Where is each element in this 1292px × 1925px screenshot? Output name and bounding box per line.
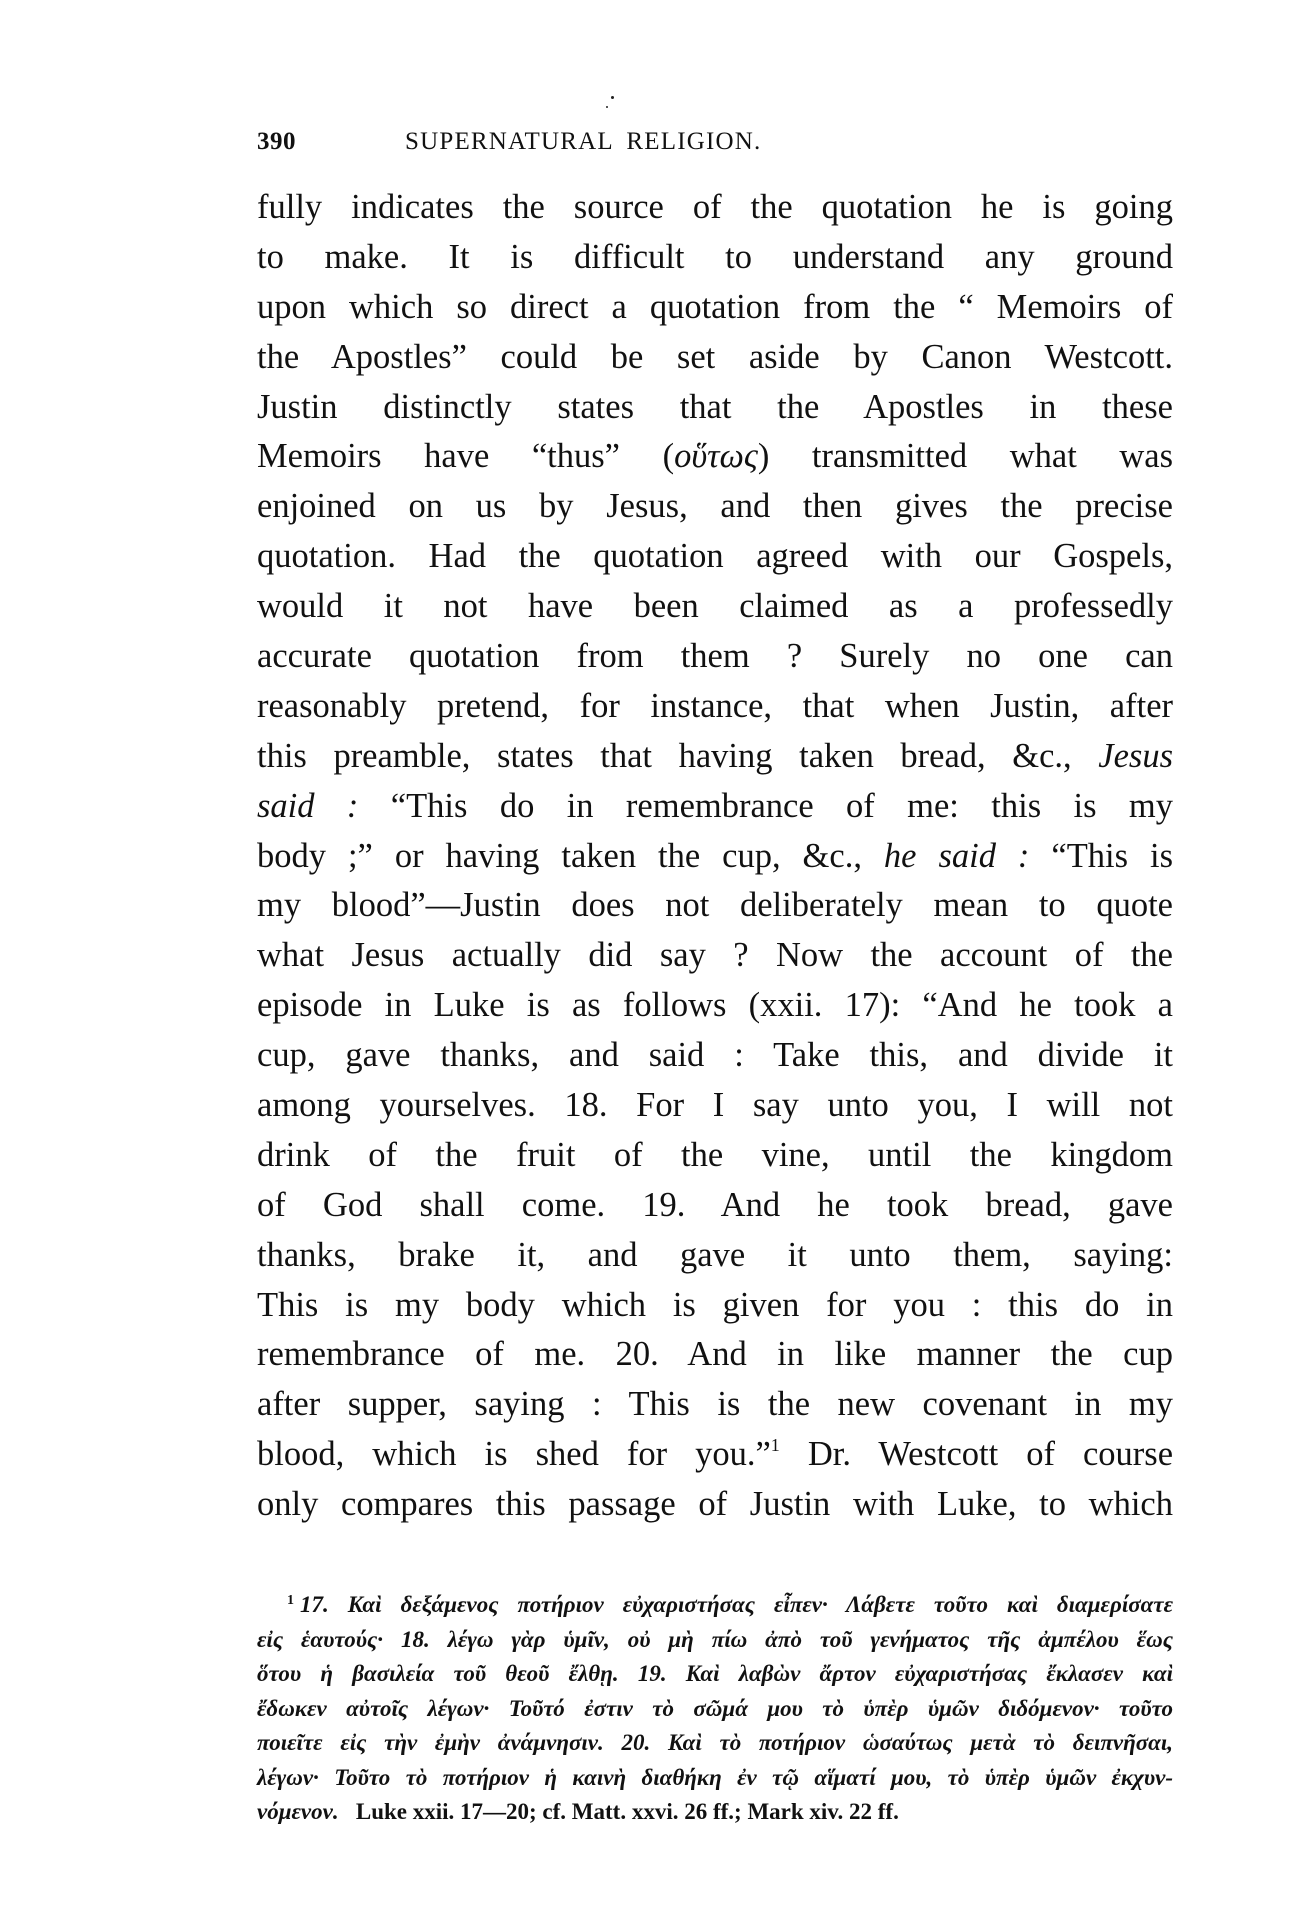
text-line: what Jesus actually did say ? Now the ac… xyxy=(257,931,1173,981)
greek-text: ἔδωκεν αὐτοῖς λέγων· Τοῦτό ἐστιν τὸ σῶμά… xyxy=(257,1696,1173,1721)
running-title: SUPERNATURAL RELIGION. xyxy=(405,128,761,156)
text-fragment: ) transmitted what was xyxy=(758,437,1173,475)
page-number: 390 xyxy=(257,128,296,156)
italic-emphasis: Jesus xyxy=(1098,737,1173,775)
footnote-line: 117. Καὶ δεξάμενος ποτήριον εὐχαριστήσας… xyxy=(257,1588,1173,1623)
text-fragment: “This is xyxy=(1051,837,1173,875)
footnote-line: λέγων· Τοῦτο τὸ ποτήριον ἡ καινὴ διαθήκη… xyxy=(257,1761,1173,1796)
running-head: 390 SUPERNATURAL RELIGION. xyxy=(257,128,1173,162)
text-line: would it not have been claimed as a prof… xyxy=(257,582,1173,632)
text-fragment: blood, which is shed for you.” xyxy=(257,1435,771,1473)
text-line: quotation. Had the quotation agreed with… xyxy=(257,532,1173,582)
footnote-line: ποιεῖτε εἰς τὴν ἐμὴν ἀνάμνησιν. 20. Καὶ … xyxy=(257,1726,1173,1761)
text-line: body ;” or having taken the cup, &c., he… xyxy=(257,832,1173,882)
greek-text: 17. Καὶ δεξάμενος ποτήριον εὐχαριστήσας … xyxy=(300,1592,1173,1617)
footnote-line: νόμενον. Luke xxii. 17—20; cf. Matt. xxv… xyxy=(257,1795,1173,1830)
text-line: to make. It is difficult to understand a… xyxy=(257,233,1173,283)
footnote-marker: 1 xyxy=(287,1593,294,1608)
text-line: my blood”—Justin does not deliberately m… xyxy=(257,881,1173,931)
text-line: this preamble, states that having taken … xyxy=(257,732,1173,782)
footnote-line: ὅτου ἡ βασιλεία τοῦ θεοῦ ἔλθῃ. 19. Καὶ λ… xyxy=(257,1657,1173,1692)
text-fragment: Dr. Westcott of course xyxy=(808,1435,1173,1473)
scripture-reference: Luke xxii. 17—20; cf. Matt. xxvi. 26 ff.… xyxy=(356,1799,899,1824)
text-line: fully indicates the source of the quotat… xyxy=(257,183,1173,233)
italic-emphasis: said : xyxy=(257,787,358,825)
text-fragment: Memoirs have “thus” ( xyxy=(257,437,674,475)
greek-text: λέγων· Τοῦτο τὸ ποτήριον ἡ καινὴ διαθήκη… xyxy=(257,1765,1173,1790)
text-line: This is my body which is given for you :… xyxy=(257,1281,1173,1331)
greek-text: εἰς ἑαυτούς· 18. λέγω γὰρ ὑμῖν, οὐ μὴ πί… xyxy=(257,1627,1173,1652)
greek-text: ὅτου ἡ βασιλεία τοῦ θεοῦ ἔλθῃ. 19. Καὶ λ… xyxy=(257,1661,1173,1686)
text-line: only compares this passage of Justin wit… xyxy=(257,1480,1173,1530)
text-line: episode in Luke is as follows (xxii. 17)… xyxy=(257,981,1173,1031)
footnote-line: ἔδωκεν αὐτοῖς λέγων· Τοῦτό ἐστιν τὸ σῶμά… xyxy=(257,1692,1173,1727)
text-line: cup, gave thanks, and said : Take this, … xyxy=(257,1031,1173,1081)
text-line: the Apostles” could be set aside by Cano… xyxy=(257,333,1173,383)
greek-text: νόμενον. xyxy=(257,1799,339,1824)
text-line: of God shall come. 19. And he took bread… xyxy=(257,1181,1173,1231)
body-text: fully indicates the source of the quotat… xyxy=(257,183,1173,1530)
text-line: upon which so direct a quotation from th… xyxy=(257,283,1173,333)
text-line: enjoined on us by Jesus, and then gives … xyxy=(257,482,1173,532)
text-line: reasonably pretend, for instance, that w… xyxy=(257,682,1173,732)
text-line: Justin distinctly states that the Apostl… xyxy=(257,383,1173,433)
text-fragment: this preamble, states that having taken … xyxy=(257,737,1072,775)
greek-word: oὕτως xyxy=(674,437,758,475)
text-line: blood, which is shed for you.”1 Dr. West… xyxy=(257,1430,1173,1480)
italic-emphasis: he said : xyxy=(884,837,1029,875)
greek-text: ποιεῖτε εἰς τὴν ἐμὴν ἀνάμνησιν. 20. Καὶ … xyxy=(257,1730,1173,1755)
text-fragment: body ;” or having taken the cup, &c., xyxy=(257,837,862,875)
text-line: accurate quotation from them ? Surely no… xyxy=(257,632,1173,682)
print-speck xyxy=(606,106,608,108)
text-line: drink of the fruit of the vine, until th… xyxy=(257,1131,1173,1181)
text-line: remembrance of me. 20. And in like manne… xyxy=(257,1330,1173,1380)
text-line: after supper, saying : This is the new c… xyxy=(257,1380,1173,1430)
footnote-line: εἰς ἑαυτούς· 18. λέγω γὰρ ὑμῖν, οὐ μὴ πί… xyxy=(257,1623,1173,1658)
text-fragment: “This do in remembrance of me: this is m… xyxy=(391,787,1173,825)
print-speck xyxy=(611,96,614,99)
text-line: said : “This do in remembrance of me: th… xyxy=(257,782,1173,832)
book-page: 390 SUPERNATURAL RELIGION. fully indicat… xyxy=(0,0,1292,1925)
footnote-reference[interactable]: 1 xyxy=(771,1435,780,1455)
text-line: thanks, brake it, and gave it unto them,… xyxy=(257,1231,1173,1281)
text-line: Memoirs have “thus” (oὕτως) transmitted … xyxy=(257,432,1173,482)
footnote-block: 117. Καὶ δεξάμενος ποτήριον εὐχαριστήσας… xyxy=(257,1588,1173,1830)
text-line: among yourselves. 18. For I say unto you… xyxy=(257,1081,1173,1131)
